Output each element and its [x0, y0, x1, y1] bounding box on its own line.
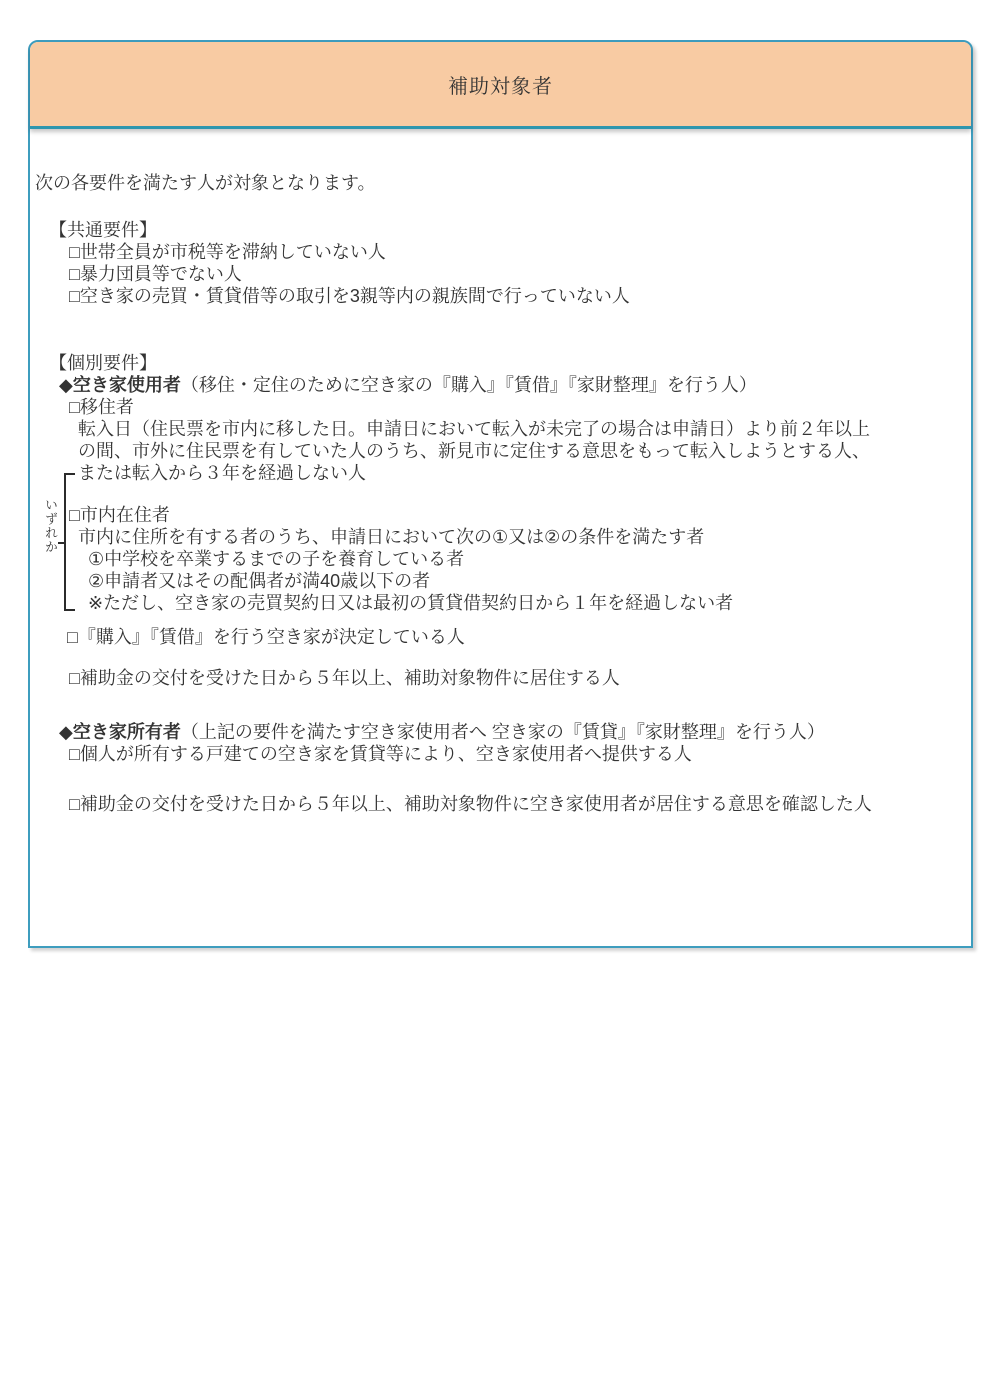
panel-body: 次の各要件を満たす人が対象となります。 【共通要件】 □世帯全員が市税等を滞納し…	[30, 172, 971, 983]
user-requirement-item: □『購入』『賃借』を行う空き家が決定している人	[30, 626, 971, 648]
intro-text: 次の各要件を満たす人が対象となります。	[30, 172, 971, 194]
user-requirement-item: □補助金の交付を受けた日から５年以上、補助対象物件に居住する人	[30, 667, 971, 689]
vacant-house-owner-title: ◆空き家所有者	[59, 722, 181, 742]
either-bracket	[64, 473, 75, 611]
migrant-detail-line: の間、市外に住民票を有していた人のうち、新見市に定住する意思をもって転入しようと…	[30, 440, 971, 462]
migrant-detail-line: 転入日（住民票を市内に移した日。申請日において転入が未完了の場合は申請日）より前…	[30, 418, 971, 440]
either-bracket-tick	[58, 542, 65, 544]
common-requirement-item: □暴力団員等でない人	[30, 263, 971, 285]
city-resident-condition: ①中学校を卒業するまでの子を養育している者	[30, 548, 971, 570]
vacant-house-user-title: ◆空き家使用者	[59, 375, 181, 395]
city-resident-intro: 市内に住所を有する者のうち、申請日において次の①又は②の条件を満たす者	[30, 526, 971, 548]
individual-requirements-heading: 【個別要件】	[30, 352, 971, 374]
subsidy-info-panel: 補助対象者 次の各要件を満たす人が対象となります。 【共通要件】 □世帯全員が市…	[28, 40, 973, 948]
either-label: いずれか	[42, 498, 58, 554]
city-resident-condition: ②申請者又はその配偶者が満40歳以下の者	[30, 570, 971, 592]
panel-header: 補助対象者	[30, 42, 971, 129]
common-requirement-item: □空き家の売買・賃貸借等の取引を3親等内の親族間で行っていない人	[30, 285, 971, 307]
city-resident-label: □市内在住者	[30, 504, 971, 526]
vacant-house-owner-title-line: ◆空き家所有者（上記の要件を満たす空き家使用者へ 空き家の『賃貸』『家財整理』を…	[30, 721, 971, 743]
migrant-label: □移住者	[30, 396, 971, 418]
common-requirements-heading: 【共通要件】	[30, 219, 971, 241]
owner-requirement-item: □個人が所有する戸建ての空き家を賃貸等により、空き家使用者へ提供する人	[30, 743, 971, 765]
vacant-house-user-title-line: ◆空き家使用者（移住・定住のために空き家の『購入』『賃借』『家財整理』を行う人）	[30, 374, 971, 396]
owner-requirement-item: □補助金の交付を受けた日から５年以上、補助対象物件に空き家使用者が居住する意思を…	[30, 793, 971, 815]
common-requirement-item: □世帯全員が市税等を滞納していない人	[30, 241, 971, 263]
vacant-house-owner-note: （上記の要件を満たす空き家使用者へ 空き家の『賃貸』『家財整理』を行う人）	[181, 722, 825, 742]
city-resident-note: ※ただし、空き家の売買契約日又は最初の賃貸借契約日から１年を経過しない者	[30, 592, 971, 614]
migrant-detail-line: または転入から３年を経過しない人	[30, 462, 971, 484]
page-title: 補助対象者	[448, 70, 553, 99]
vacant-house-user-note: （移住・定住のために空き家の『購入』『賃借』『家財整理』を行う人）	[181, 375, 757, 395]
